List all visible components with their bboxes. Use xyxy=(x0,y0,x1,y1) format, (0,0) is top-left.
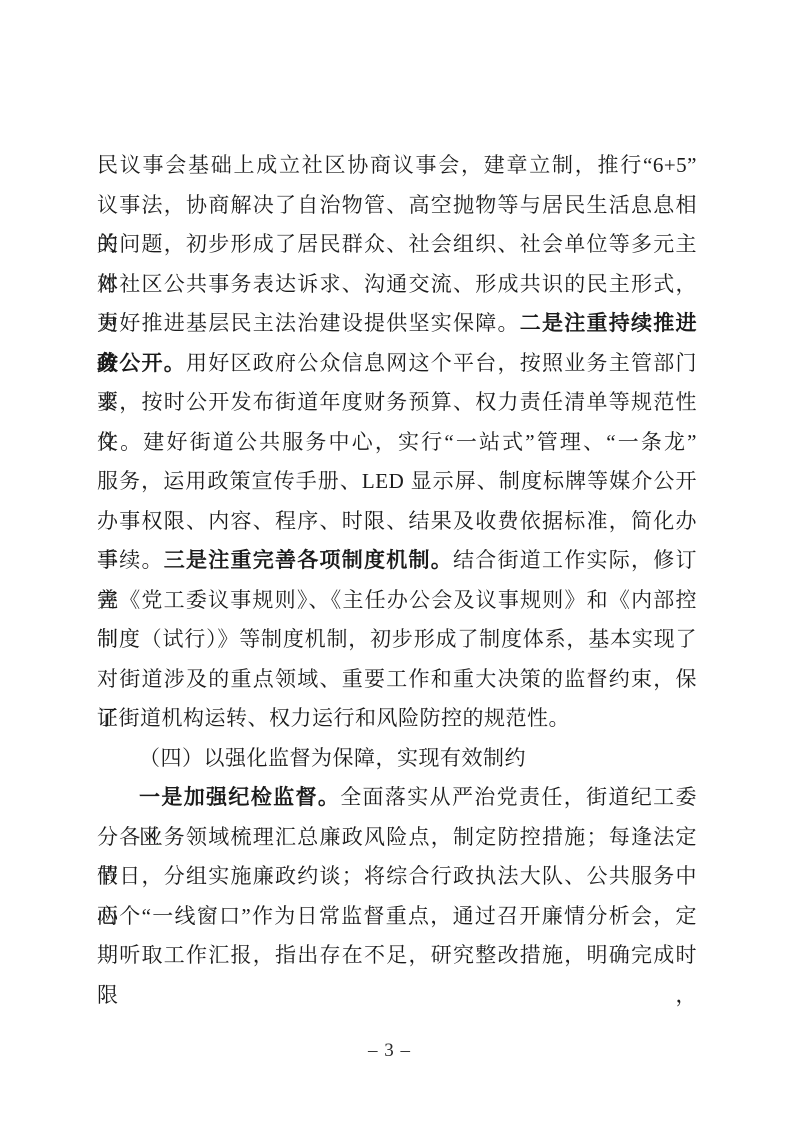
body-text: 服务，运用政策宣传手册、LED 显示屏、制度标牌等媒介公开 xyxy=(97,469,697,493)
text-line: 议事法，协商解决了自治物管、高空抛物等与居民生活息息相关 xyxy=(97,186,697,226)
body-text: 民议事会基础上成立社区协商议事会，建章立制，推行“6+5” xyxy=(97,153,697,177)
body-text: 制度（试行）》等制度机制，初步形成了制度体系，基本实现了 xyxy=(97,627,697,651)
emphasis-text: 务公开。 xyxy=(97,351,186,375)
text-line: 的问题，初步形成了居民群众、社会组织、社会单位等多元主体 xyxy=(97,225,697,265)
document-body: 民议事会基础上成立社区协商议事会，建章立制，推行“6+5”议事法，协商解决了自治… xyxy=(97,146,697,976)
page-number: – 3 – xyxy=(0,1040,779,1062)
text-line: 善《党工委议事规则》、《主任办公会及议事规则》和《内部控制 xyxy=(97,581,697,621)
body-text: 件。建好街道公共服务中心，实行“一站式”管理、“一条龙” xyxy=(97,430,697,454)
text-line: 更好推进基层民主法治建设提供坚实保障。二是注重持续推进政 xyxy=(97,304,697,344)
body-text: 更好推进基层民主法治建设提供坚实保障。 xyxy=(97,311,520,335)
body-text: 两个“一线窗口”作为日常监督重点，通过召开廉情分析会，定 xyxy=(97,904,697,928)
text-line: 务公开。用好区政府公众信息网这个平台，按照业务主管部门要 xyxy=(97,344,697,384)
emphasis-text: 一是加强纪检监督。 xyxy=(139,785,340,809)
text-line: 民议事会基础上成立社区协商议事会，建章立制，推行“6+5” xyxy=(97,146,697,186)
section-heading: （四）以强化监督为保障，实现有效制约 xyxy=(97,739,697,779)
text-line: 制度（试行）》等制度机制，初步形成了制度体系，基本实现了 xyxy=(97,620,697,660)
text-line: 分各业务领域梳理汇总廉政风险点，制定防控措施；每逢法定节 xyxy=(97,818,697,858)
text-line: 对社区公共事务表达诉求、沟通交流、形成共识的民主形式，为 xyxy=(97,265,697,305)
emphasis-text: 三是注重完善各项制度机制。 xyxy=(164,548,453,572)
text-line: 期听取工作汇报，指出存在不足，研究整改措施，明确完成时限， xyxy=(97,936,697,976)
body-text: （四）以强化监督为保障，实现有效制约 xyxy=(139,746,526,770)
text-line: 求，按时公开发布街道年度财务预算、权力责任清单等规范性文 xyxy=(97,383,697,423)
text-line: 假日，分组实施廉政约谈；将综合行政执法大队、公共服务中心 xyxy=(97,857,697,897)
body-text: 期听取工作汇报，指出存在不足，研究整改措施，明确完成时限， xyxy=(97,943,697,1007)
text-line: 手续。三是注重完善各项制度机制。结合街道工作实际，修订完 xyxy=(97,541,697,581)
document-page: 民议事会基础上成立社区协商议事会，建章立制，推行“6+5”议事法，协商解决了自治… xyxy=(0,0,793,1122)
text-line: 两个“一线窗口”作为日常监督重点，通过召开廉情分析会，定 xyxy=(97,897,697,937)
body-text: 手续。 xyxy=(97,548,164,572)
text-line: 对街道涉及的重点领域、重要工作和重大决策的监督约束，保证 xyxy=(97,660,697,700)
text-line: 办事权限、内容、程序、时限、结果及收费依据标准，简化办事 xyxy=(97,502,697,542)
text-line: 一是加强纪检监督。全面落实从严治党责任，街道纪工委区 xyxy=(97,778,697,818)
body-text: 了街道机构运转、权力运行和风险防控的规范性。 xyxy=(97,706,570,730)
text-line: 了街道机构运转、权力运行和风险防控的规范性。 xyxy=(97,699,697,739)
text-line: 服务，运用政策宣传手册、LED 显示屏、制度标牌等媒介公开 xyxy=(97,462,697,502)
text-line: 件。建好街道公共服务中心，实行“一站式”管理、“一条龙” xyxy=(97,423,697,463)
